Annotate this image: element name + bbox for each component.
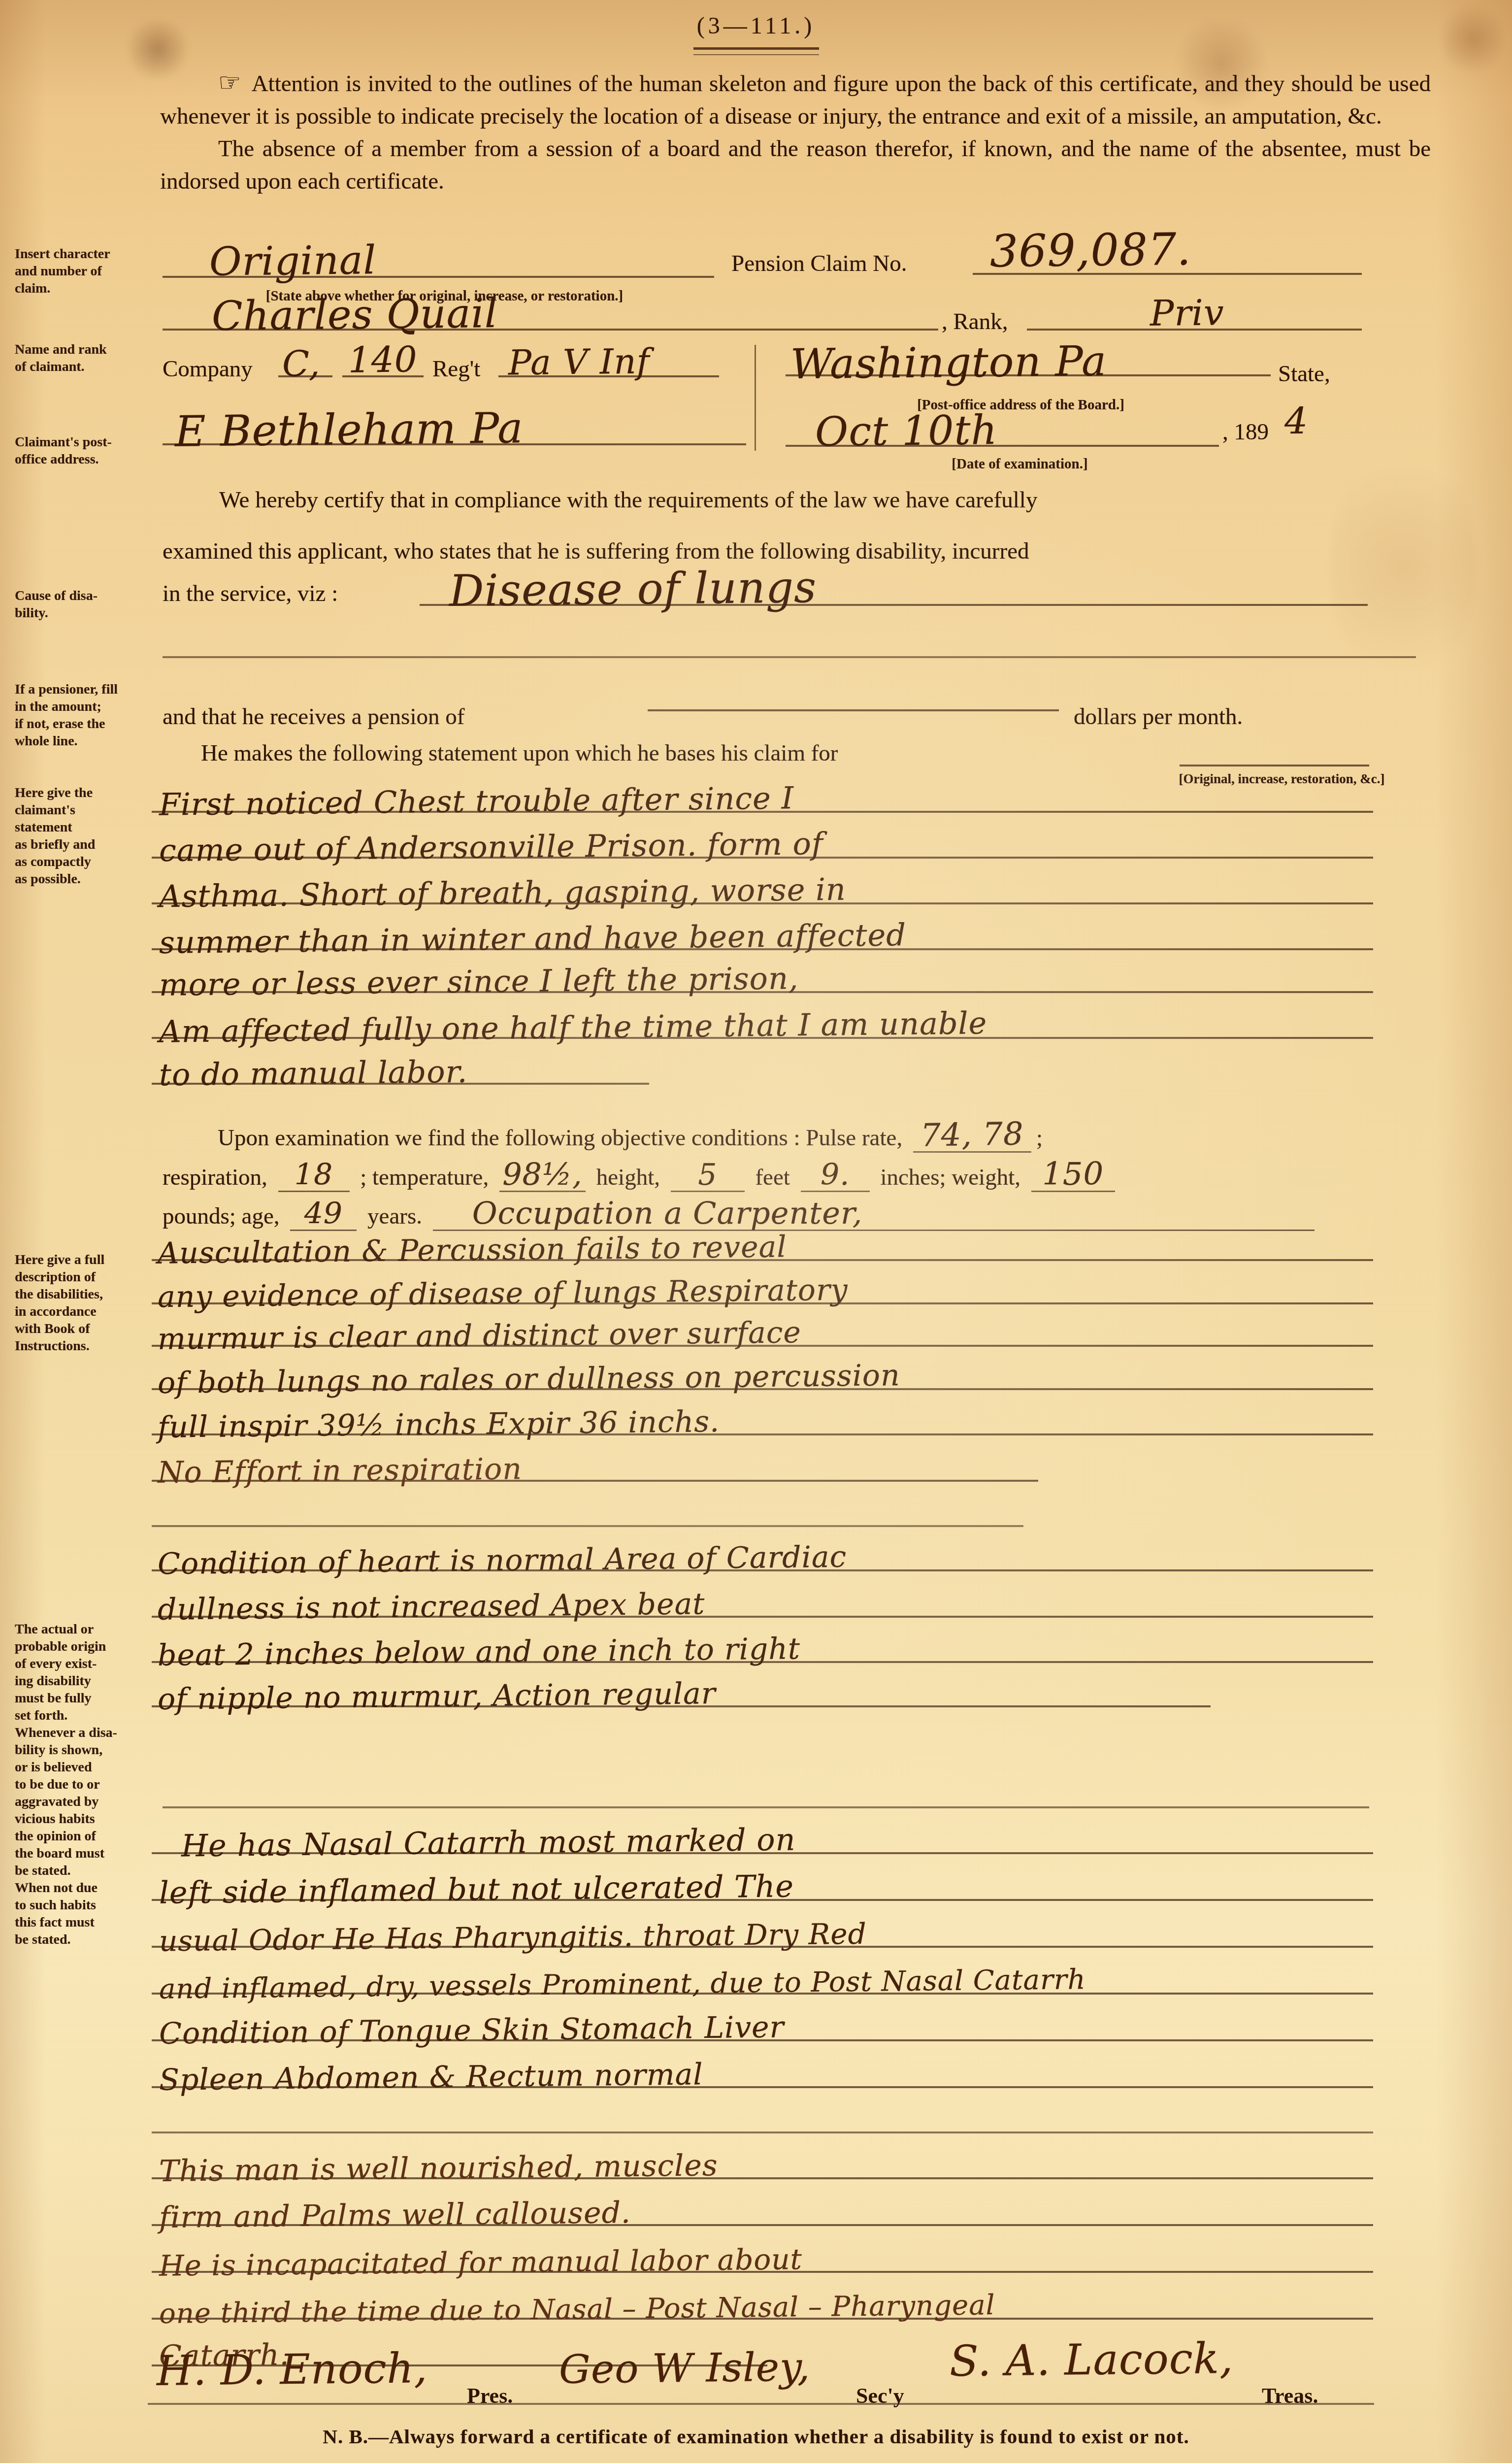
- company-line: C,: [278, 326, 332, 377]
- heart-line: Condition of heart is normal Area of Car…: [152, 1526, 1373, 1571]
- statement-text: to do manual labor.: [159, 1057, 468, 1091]
- nasal-line: Spleen Abdomen & Rectum normal: [152, 2043, 1373, 2088]
- heart-line: of nipple no murmur, Action regular: [152, 1662, 1211, 1707]
- header-divider: [693, 47, 819, 55]
- absence-paragraph: The absence of a member from a session o…: [160, 133, 1431, 198]
- respiration-value: 18: [295, 1160, 333, 1190]
- weight-value: 150: [1042, 1159, 1104, 1190]
- company-label: Company: [163, 356, 253, 382]
- blank-rule-2: [152, 1484, 1023, 1527]
- inches-label: inches; weight,: [880, 1165, 1020, 1190]
- summary-line: one third the time due to Nasal – Post N…: [152, 2274, 1373, 2320]
- regiment-name-line: Pa V Inf: [498, 326, 719, 377]
- exam-line-pulse: Upon examination we find the following o…: [163, 1119, 1433, 1153]
- pension-lead: and that he receives a pension of: [163, 703, 464, 730]
- exam-intro: Upon examination we find the following o…: [218, 1125, 902, 1151]
- statement-line: came out of Andersonville Prison. form o…: [152, 812, 1373, 859]
- disability-line: Disease of lungs: [420, 551, 1368, 606]
- pulse-value: 74, 78: [920, 1118, 1024, 1152]
- margin-label-cause: Cause of disa- bility.: [15, 587, 150, 622]
- attention-paragraph: ☞ Attention is invited to the outlines o…: [160, 67, 1431, 133]
- certify-viz-label: in the service, viz :: [163, 580, 338, 607]
- pulse-fill: 74, 78: [913, 1119, 1031, 1153]
- treasurer-signature: S. A. Lacock,: [950, 2337, 1234, 2383]
- finding-line: No Effort in respiration: [152, 1436, 1038, 1482]
- ink-smudge: [1443, 0, 1502, 79]
- feet-value: 5: [698, 1160, 717, 1190]
- heart-text: of nipple no murmur, Action regular: [158, 1679, 716, 1714]
- pension-amount-line: [648, 669, 1059, 711]
- blank-rule-1: [163, 617, 1416, 658]
- regiment-no-value: 140: [348, 341, 418, 377]
- statement-line: summer than in winter and have been affe…: [152, 904, 1373, 950]
- blank-rule-3: [163, 1764, 1369, 1808]
- margin-label-origin-note: The actual or probable origin of every e…: [15, 1621, 150, 1948]
- exam-date-line: Oct 10th: [786, 396, 1219, 447]
- summary-line: This man is well nourished, muscles: [152, 2134, 1373, 2179]
- board-po-line: Washington Pa: [786, 315, 1271, 376]
- nasal-line: usual Odor He Has Pharyngitis. throat Dr…: [152, 1902, 1373, 1948]
- margin-label-description-note: Here give a full description of the disa…: [15, 1251, 150, 1355]
- form-divider: [755, 345, 756, 451]
- po-address-line: E Bethleham Pa: [163, 388, 746, 445]
- summary-line: He is incapacitated for manual labor abo…: [152, 2228, 1373, 2273]
- footer-note: N. B.—Always forward a certificate of ex…: [0, 2425, 1512, 2448]
- pension-examination-certificate: (3—111.) ☞ Attention is invited to the o…: [0, 0, 1512, 2463]
- board-po-value: Washington Pa: [790, 340, 1107, 385]
- state-label: State,: [1278, 361, 1330, 387]
- height-label: height,: [596, 1165, 660, 1190]
- claim-character-line: Original: [163, 231, 714, 278]
- statement-line: Am affected fully one half the time that…: [152, 993, 1373, 1039]
- year-prefix-label: , 189: [1222, 419, 1269, 445]
- exam-line-vitals: respiration, 18 ; temperature, 98½, heig…: [163, 1159, 1433, 1192]
- statement-claimfor-line: [1180, 728, 1369, 766]
- inches-fill: 9.: [801, 1160, 870, 1192]
- feet-fill: 5: [671, 1160, 745, 1192]
- blank-rule-4: [152, 2090, 1373, 2133]
- treasurer-title: Treas.: [1262, 2383, 1318, 2408]
- exam-date-caption: [Date of examination.]: [925, 456, 1115, 472]
- nasal-line: Condition of Tongue Skin Stomach Liver: [152, 1996, 1373, 2041]
- finding-line: full inspir 39½ inchs Expir 36 inchs.: [152, 1390, 1373, 1435]
- statement-line: Asthma. Short of breath, gasping, worse …: [152, 858, 1373, 904]
- statement-intro: He makes the following statement upon wh…: [201, 740, 838, 766]
- finding-line: murmur is clear and distinct over surfac…: [152, 1301, 1373, 1347]
- exam-date-value: Oct 10th: [815, 410, 998, 453]
- attention-text: Attention is invited to the outlines of …: [160, 71, 1431, 129]
- pension-tail: dollars per month.: [1074, 703, 1243, 730]
- summary-line: firm and Palms well calloused.: [152, 2181, 1373, 2226]
- pension-claim-label: Pension Claim No.: [731, 250, 907, 277]
- respiration-fill: 18: [278, 1160, 350, 1192]
- po-address-value: E Bethleham Pa: [175, 407, 524, 453]
- statement-line: to do manual labor.: [152, 1038, 649, 1085]
- year-value: 4: [1284, 403, 1309, 439]
- nasal-line: left side inflamed but not ulcerated The: [152, 1856, 1373, 1901]
- pension-claim-no-line: 369,087.: [973, 223, 1362, 275]
- certify-line1: We hereby certify that in compliance wit…: [219, 487, 1037, 513]
- temperature-label: ; temperature,: [360, 1165, 489, 1190]
- statement-line: First noticed Chest trouble after since …: [152, 766, 1373, 813]
- claim-character-value: Original: [209, 240, 377, 282]
- disability-value: Disease of lungs: [449, 566, 817, 613]
- heart-line: dullness is not increased Apex beat: [152, 1572, 1373, 1618]
- pointing-hand-icon: ☞: [218, 69, 246, 97]
- president-title: Pres.: [467, 2383, 513, 2408]
- margin-label-po-address: Claimant's post- office address.: [15, 433, 150, 468]
- temperature-fill: 98½,: [499, 1159, 586, 1192]
- finding-text: No Effort in respiration: [158, 1454, 522, 1488]
- finding-line: Auscultation & Percussion fails to revea…: [152, 1216, 1373, 1261]
- form-number: (3—111.): [0, 12, 1512, 39]
- respiration-label: respiration,: [163, 1165, 267, 1190]
- company-value: C,: [282, 346, 321, 382]
- weight-fill: 150: [1031, 1159, 1115, 1192]
- feet-label: feet: [755, 1165, 789, 1190]
- nasal-line: He has Nasal Catarrh most marked on: [152, 1809, 1373, 1854]
- secretary-signature: Geo W Isley,: [559, 2347, 811, 2389]
- regiment-no-line: 140: [342, 326, 424, 377]
- margin-label-insert-claim: Insert character and number of claim.: [15, 245, 150, 297]
- pension-claim-no-value: 369,087.: [990, 228, 1192, 274]
- heart-line: beat 2 inches below and one inch to righ…: [152, 1618, 1373, 1663]
- regt-label: Reg't: [432, 356, 480, 382]
- temperature-value: 98½,: [502, 1159, 583, 1190]
- statement-line: more or less ever since I left the priso…: [152, 947, 1373, 993]
- regiment-name-value: Pa V Inf: [508, 344, 650, 380]
- margin-label-pensioner: If a pensioner, fill in the amount; if n…: [15, 681, 150, 750]
- margin-label-statement-note: Here give the claimant's statement as br…: [15, 784, 150, 888]
- finding-line: of both lungs no rales or dullness on pe…: [152, 1345, 1373, 1390]
- nasal-line: and inflamed, dry, vessels Prominent, du…: [152, 1949, 1373, 1995]
- pulse-separator: ;: [1036, 1125, 1043, 1151]
- secretary-title: Sec'y: [856, 2383, 904, 2408]
- president-signature: H. D. Enoch,: [157, 2347, 428, 2392]
- inches-value: 9.: [821, 1160, 850, 1190]
- finding-line: any evidence of disease of lungs Respira…: [152, 1259, 1373, 1304]
- margin-label-name-rank: Name and rank of claimant.: [15, 341, 150, 375]
- intro-paragraphs: ☞ Attention is invited to the outlines o…: [160, 67, 1431, 198]
